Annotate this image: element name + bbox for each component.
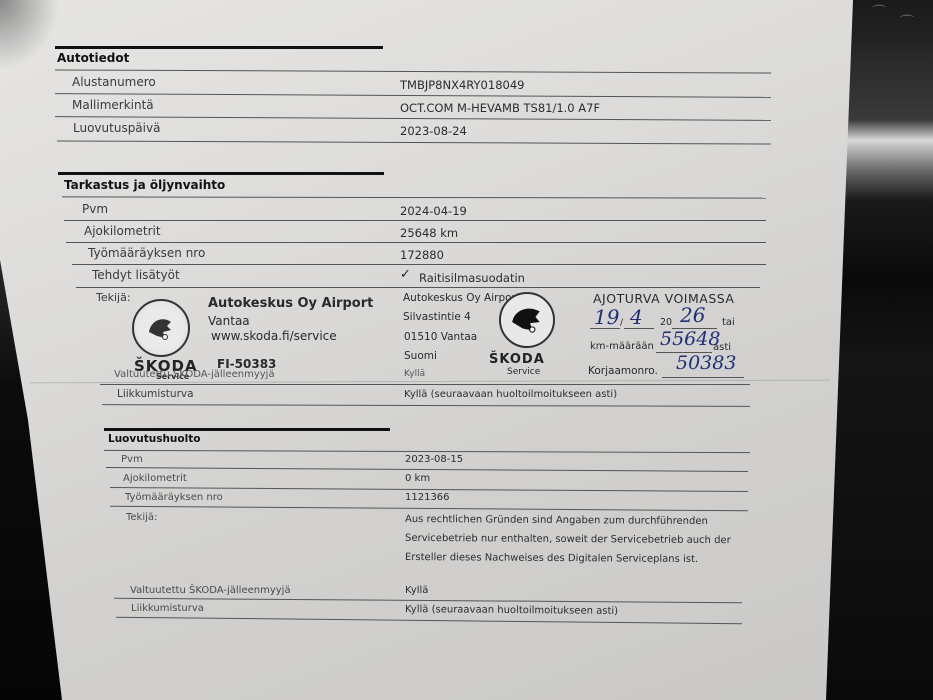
underline [590,328,620,329]
value-tyomaarays: 172880 [400,248,444,262]
value-luovutuspaiva: 2023-08-24 [400,124,467,138]
label-pvm: Pvm [82,202,108,216]
label-mallimerkinta: Mallimerkintä [72,98,154,112]
underline [624,328,654,329]
row-rule [64,220,766,221]
value-mallimerkinta: OCT.COM M-HEVAMB TS81/1.0 A7F [400,101,600,115]
row-rule [106,467,748,472]
ajoturva-year-prefix: 20 [660,317,672,328]
paper-shadow [0,0,60,70]
row-rule [55,116,771,121]
row-rule [76,287,760,288]
label-tyomaarays: Työmääräyksen nro [88,246,205,260]
section-title-luovutushuolto: Luovutushuolto [108,433,200,445]
checkmark-icon: ✓ [400,267,411,282]
row-rule [116,617,742,625]
dealer-address-line2: Silvastintie 4 [403,311,471,323]
tekija-disclaimer-line3: Ersteller dieses Nachweises des Digitale… [405,552,698,565]
stamp-url[interactable]: www.skoda.fi/service [211,329,337,343]
label-luovutuspaiva: Luovutuspäivä [73,121,160,135]
ajoturva-or: tai [722,317,735,328]
label-lisatyot: Tehdyt lisätyöt [92,268,180,282]
skoda-arrow-icon [508,301,546,339]
date-separator: / [620,318,623,328]
stamp-city: Vantaa [208,314,250,328]
row-rule [114,598,742,603]
value-luovutus-liikkumisturva: Kyllä (seuraavaan huoltoilmoitukseen ast… [405,604,618,617]
tekija-disclaimer-line2: Servicebetrieb nur enthalten, soweit der… [405,533,731,546]
ajoturva-workshop-value: 50383 [676,352,736,374]
wiper-icon: ⌒ [872,2,886,22]
row-rule [57,140,771,144]
label-luovutus-valtuutettu: Valtuutettu ŠKODA-jälleenmyyjä [130,585,291,596]
value-luovutus-ajokilometrit: 0 km [405,473,430,484]
skoda-logo-icon [132,299,190,357]
dealer-address-line3: 01510 Vantaa [404,331,477,343]
row-rule [72,264,766,265]
value-alustanumero: TMBJP8NX4RY018049 [400,78,524,92]
skoda-wordmark: ŠKODA [489,352,545,367]
label-ajokilometrit: Ajokilometrit [84,224,161,238]
paper-fold-line [30,380,830,384]
ajoturva-day: 19 [594,305,619,329]
value-luovutus-tyomaarays: 1121366 [405,492,450,503]
ajoturva-km-label: km-määrään [590,341,654,352]
underline [662,377,744,378]
row-rule [100,384,750,385]
row-rule [102,404,750,407]
section-divider [104,428,390,431]
stamp-company: Autokeskus Oy Airport [208,296,373,311]
ajoturva-month: 4 [630,305,643,329]
ajoturva-workshop-label: Korjaamonro. [588,365,658,377]
label-luovutus-tekija: Tekijä: [126,512,157,523]
row-rule [104,450,750,453]
value-luovutus-valtuutettu: Kyllä [405,585,428,596]
value-lisatyot: Raitisilmasuodatin [419,271,525,285]
tekija-disclaimer-line1: Aus rechtlichen Gründen sind Angaben zum… [405,514,708,527]
value-luovutus-pvm: 2023-08-15 [405,454,463,465]
ajoturva-year: 26 [680,303,705,327]
section-divider [58,172,384,175]
skoda-service-label: Service [507,367,540,377]
row-rule [55,93,771,98]
value-ajokilometrit: 25648 km [400,226,458,240]
label-alustanumero: Alustanumero [72,75,156,89]
dealer-address-line5: Kyllä [404,369,425,379]
value-pvm: 2024-04-19 [400,204,467,218]
row-rule [66,242,766,243]
wiper-icon: ⌒ [900,12,914,32]
ajoturva-title: AJOTURVA VOIMASSA [593,291,734,306]
row-rule [62,196,766,198]
label-luovutus-liikkumisturva: Liikkumisturva [131,603,204,614]
section-divider [55,46,383,49]
label-luovutus-pvm: Pvm [121,454,143,465]
label-liikkumisturva: Liikkumisturva [117,388,194,400]
ajoturva-km-value: 55648 [660,328,720,350]
skoda-logo-icon [499,292,555,348]
value-liikkumisturva: Kyllä (seuraavaan huoltoilmoitukseen ast… [404,389,617,400]
row-rule [55,69,771,73]
label-tekija: Tekijä: [96,291,131,304]
row-rule [110,506,748,511]
label-valtuutettu: Valtuutettu ŠKODA-jälleenmyyjä [114,369,275,380]
section-title-autotiedot: Autotiedot [57,51,129,65]
service-document-paper: Autotiedot Alustanumero TMBJP8NX4RY01804… [0,0,933,700]
dealer-address-line1: Autokeskus Oy Airport [403,292,520,304]
section-title-tarkastus: Tarkastus ja öljynvaihto [64,178,225,192]
dealer-address-line4: Suomi [404,350,437,362]
label-luovutus-tyomaarays: Työmääräyksen nro [125,492,223,503]
skoda-arrow-icon [143,310,179,346]
label-luovutus-ajokilometrit: Ajokilometrit [123,473,187,484]
